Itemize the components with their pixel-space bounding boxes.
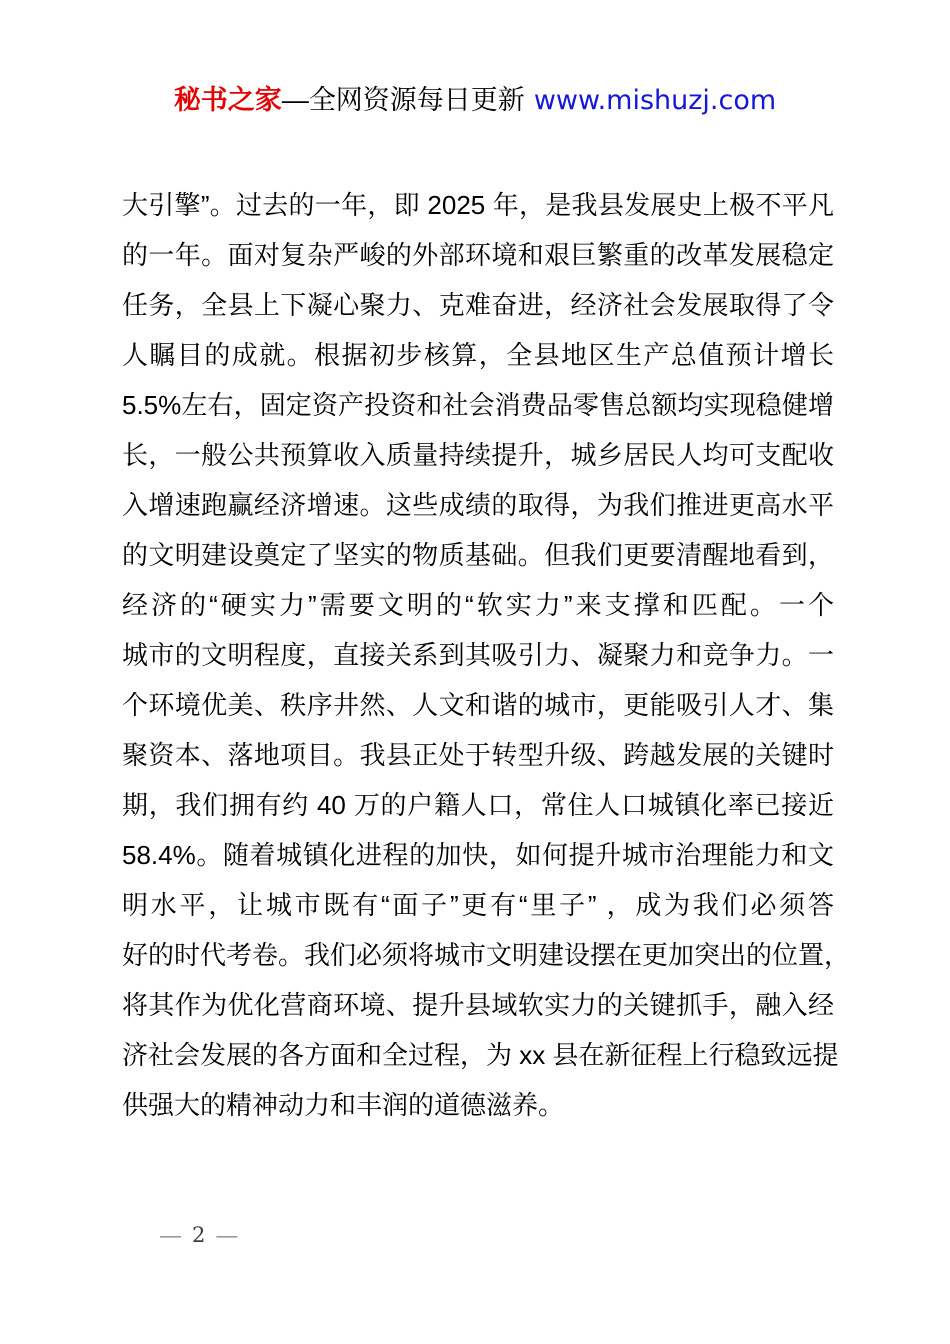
page-number: 2 [192,1223,205,1247]
text-line: 5.5%左右，固定资产投资和社会消费品零售总额均实现稳健增 [122,380,834,430]
text-line: 人瞩目的成就。根据初步核算，全县地区生产总值预计增长 [122,330,834,380]
site-header: 秘书之家—全网资源每日更新www.mishuzj.com [0,80,950,121]
text-line: 聚资本、落地项目。我县正处于转型升级、跨越发展的关键时 [122,730,834,780]
text-line: 经济的“硬实力”需要文明的“软实力”来支撑和匹配。一个 [122,580,834,630]
footer-dash-left: — [160,1224,181,1247]
site-brand: 秘书之家 [174,85,282,115]
text-line: 将其作为优化营商环境、提升县域软实力的关键抓手，融入经 [122,980,834,1030]
text-line: 济社会发展的各方面和全过程，为 xx 县在新征程上行稳致远提 [122,1030,834,1080]
document-body: 大引擎”。过去的一年，即 2025 年，是我县发展史上极不平凡 的一年。面对复杂… [122,180,834,1130]
page-footer: —2— [160,1221,237,1250]
text-line: 明水平，让城市既有“面子”更有“里子” ，成为我们必须答 [122,880,834,930]
site-url-link[interactable]: www.mishuzj.com [534,85,776,116]
text-line: 个环境优美、秩序井然、人文和谐的城市，更能吸引人才、集 [122,680,834,730]
text-line: 城市的文明程度，直接关系到其吸引力、凝聚力和竞争力。一 [122,630,834,680]
footer-dash-right: — [216,1224,237,1247]
text-line: 58.4%。随着城镇化进程的加快，如何提升城市治理能力和文 [122,830,834,880]
text-line: 供强大的精神动力和丰润的道德滋养。 [122,1080,834,1130]
text-line: 任务，全县上下凝心聚力、克难奋进，经济社会发展取得了令 [122,280,834,330]
text-line: 的一年。面对复杂严峻的外部环境和艰巨繁重的改革发展稳定 [122,230,834,280]
text-line: 期，我们拥有约 40 万的户籍人口，常住人口城镇化率已接近 [122,780,834,830]
text-line: 大引擎”。过去的一年，即 2025 年，是我县发展史上极不平凡 [122,180,834,230]
text-line: 的文明建设奠定了坚实的物质基础。但我们更要清醒地看到， [122,530,834,580]
text-line: 好的时代考卷。我们必须将城市文明建设摆在更加突出的位置， [122,930,834,980]
text-line: 长，一般公共预算收入质量持续提升，城乡居民人均可支配收 [122,430,834,480]
site-tagline: —全网资源每日更新 [282,85,525,115]
text-line: 入增速跑赢经济增速。这些成绩的取得，为我们推进更高水平 [122,480,834,530]
document-page: 秘书之家—全网资源每日更新www.mishuzj.com 大引擎”。过去的一年，… [0,0,950,1344]
